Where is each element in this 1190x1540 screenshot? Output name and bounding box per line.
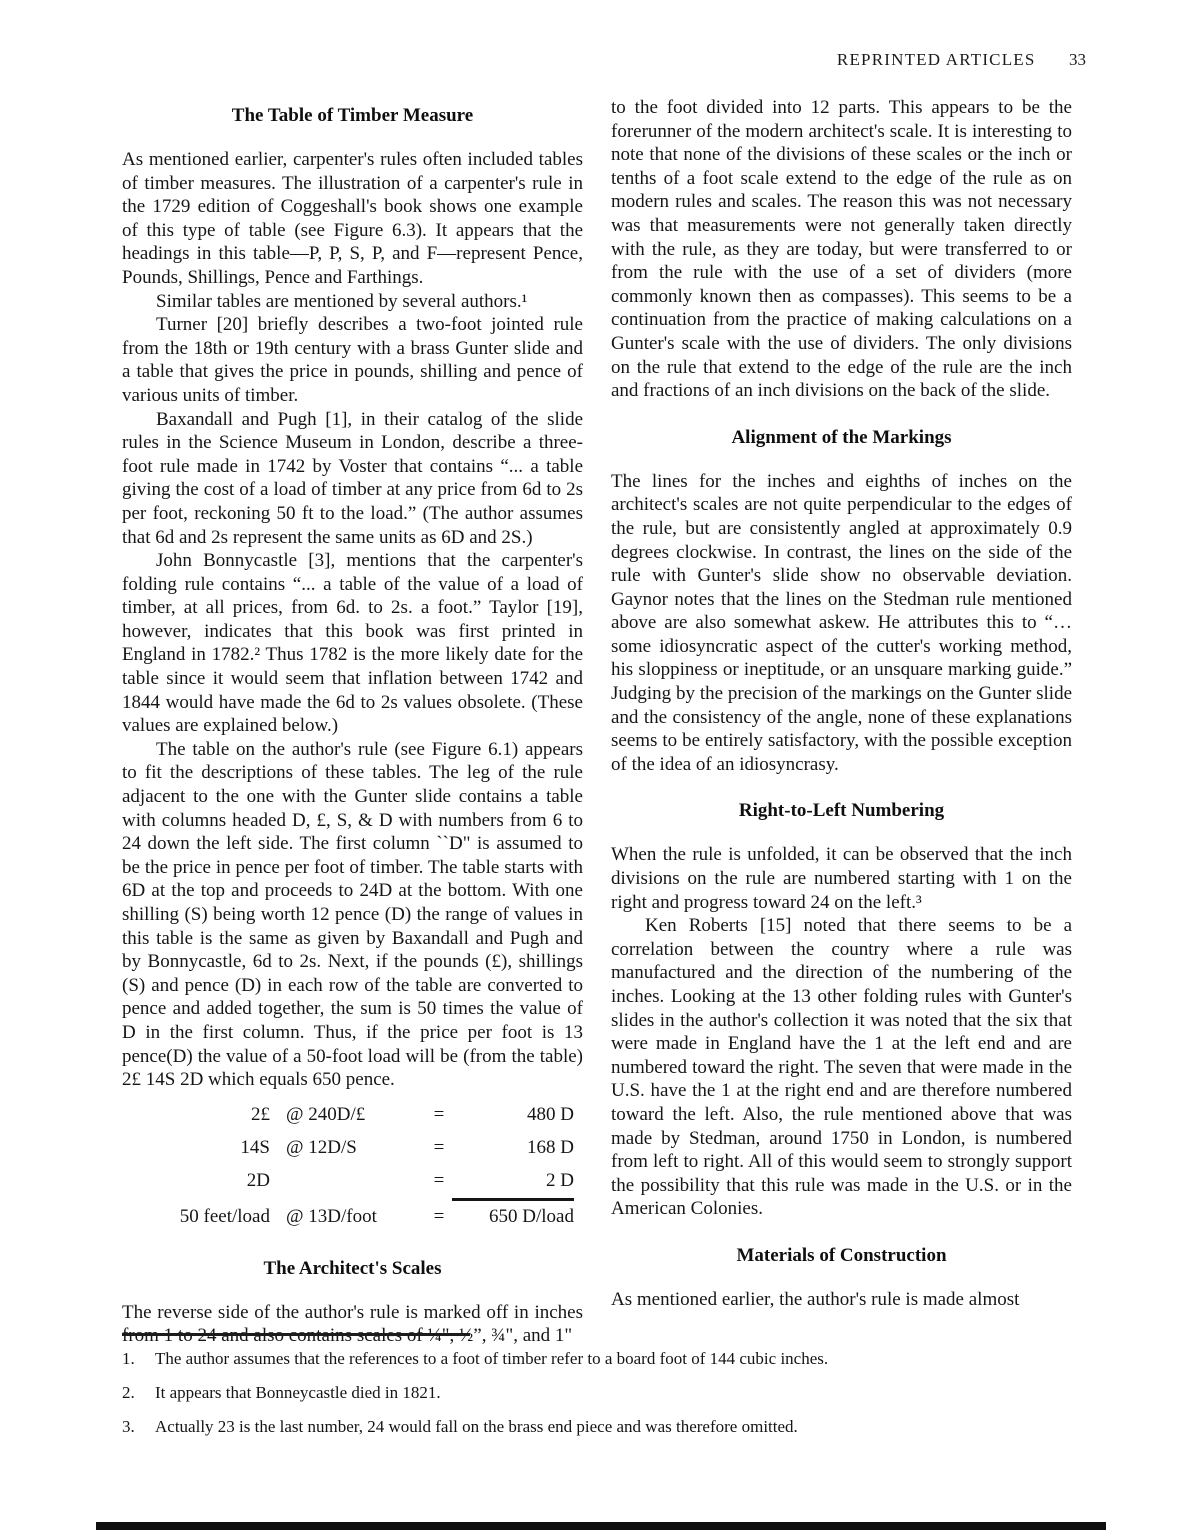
section-heading-numbering: Right-to-Left Numbering xyxy=(611,800,1072,822)
running-head-title: REPRINTED ARTICLES xyxy=(837,50,1036,69)
footnote-text: It appears that Bonneycastle died in 182… xyxy=(155,1381,1072,1404)
left-column: The Table of Timber Measure As mentioned… xyxy=(122,96,583,1348)
footnotes: 1. The author assumes that the reference… xyxy=(122,1333,1072,1449)
calc-cell: 2£ xyxy=(122,1099,270,1132)
footnote-number: 1. xyxy=(122,1347,155,1370)
footnote-number: 3. xyxy=(122,1415,155,1438)
section-heading-alignment: Alignment of the Markings xyxy=(611,427,1072,449)
calc-cell: 168 D xyxy=(452,1132,574,1165)
two-column-layout: The Table of Timber Measure As mentioned… xyxy=(122,96,1072,1348)
calc-cell: @ 12D/S xyxy=(286,1132,426,1165)
calc-cell: = xyxy=(426,1099,452,1132)
footnote-item: 2. It appears that Bonneycastle died in … xyxy=(122,1381,1072,1404)
section-heading-materials: Materials of Construction xyxy=(611,1245,1072,1267)
calc-cell: = xyxy=(426,1165,452,1198)
calc-cell: @ 13D/foot xyxy=(286,1201,426,1234)
footnote-item: 3. Actually 23 is the last number, 24 wo… xyxy=(122,1415,1072,1438)
paragraph: The lines for the inches and eighths of … xyxy=(611,470,1072,777)
calc-cell: 50 feet/load xyxy=(122,1201,270,1234)
pence-calculation-table: 2£ @ 240D/£ = 480 D 14S @ 12D/S = 168 D … xyxy=(122,1099,583,1234)
calc-cell-spacer xyxy=(270,1201,286,1234)
calc-cell: 650 D/load xyxy=(452,1201,574,1234)
paragraph: As mentioned earlier, carpenter's rules … xyxy=(122,148,583,290)
running-head: REPRINTED ARTICLES 33 xyxy=(837,50,1086,70)
article-page: REPRINTED ARTICLES 33 The Table of Timbe… xyxy=(0,0,1190,1540)
paragraph: The table on the author's rule (see Figu… xyxy=(122,738,583,1092)
calc-cell: 2D xyxy=(122,1165,270,1198)
calc-cell-sum: 2 D xyxy=(452,1165,574,1201)
paragraph: John Bonnycastle [3], mentions that the … xyxy=(122,549,583,738)
calc-cell: @ 240D/£ xyxy=(286,1099,426,1132)
paragraph: to the foot divided into 12 parts. This … xyxy=(611,96,1072,403)
paragraph: When the rule is unfolded, it can be obs… xyxy=(611,843,1072,914)
paragraph: Ken Roberts [15] noted that there seems … xyxy=(611,914,1072,1221)
paragraph: As mentioned earlier, the author's rule … xyxy=(611,1288,1072,1312)
paragraph: Similar tables are mentioned by several … xyxy=(122,290,583,314)
page-number: 33 xyxy=(1069,50,1086,70)
calc-cell: = xyxy=(426,1132,452,1165)
right-column: to the foot divided into 12 parts. This … xyxy=(611,96,1072,1348)
paragraph: Baxandall and Pugh [1], in their catalog… xyxy=(122,408,583,550)
calc-cell-spacer xyxy=(270,1165,286,1198)
calc-cell-spacer xyxy=(270,1099,286,1132)
calc-cell: = xyxy=(426,1201,452,1234)
scan-artifact-bar xyxy=(96,1522,1106,1530)
calc-cell xyxy=(286,1165,426,1198)
section-heading-timber-measure: The Table of Timber Measure xyxy=(122,105,583,127)
footnote-text: The author assumes that the references t… xyxy=(155,1347,1072,1370)
calc-cell-spacer xyxy=(270,1132,286,1165)
footnote-item: 1. The author assumes that the reference… xyxy=(122,1347,1072,1370)
calc-cell: 14S xyxy=(122,1132,270,1165)
footnote-text: Actually 23 is the last number, 24 would… xyxy=(155,1415,1072,1438)
paragraph: Turner [20] briefly describes a two-foot… xyxy=(122,313,583,407)
calc-cell: 480 D xyxy=(452,1099,574,1132)
footnote-divider xyxy=(122,1333,470,1336)
section-heading-architect-scales: The Architect's Scales xyxy=(122,1258,583,1280)
footnote-number: 2. xyxy=(122,1381,155,1404)
